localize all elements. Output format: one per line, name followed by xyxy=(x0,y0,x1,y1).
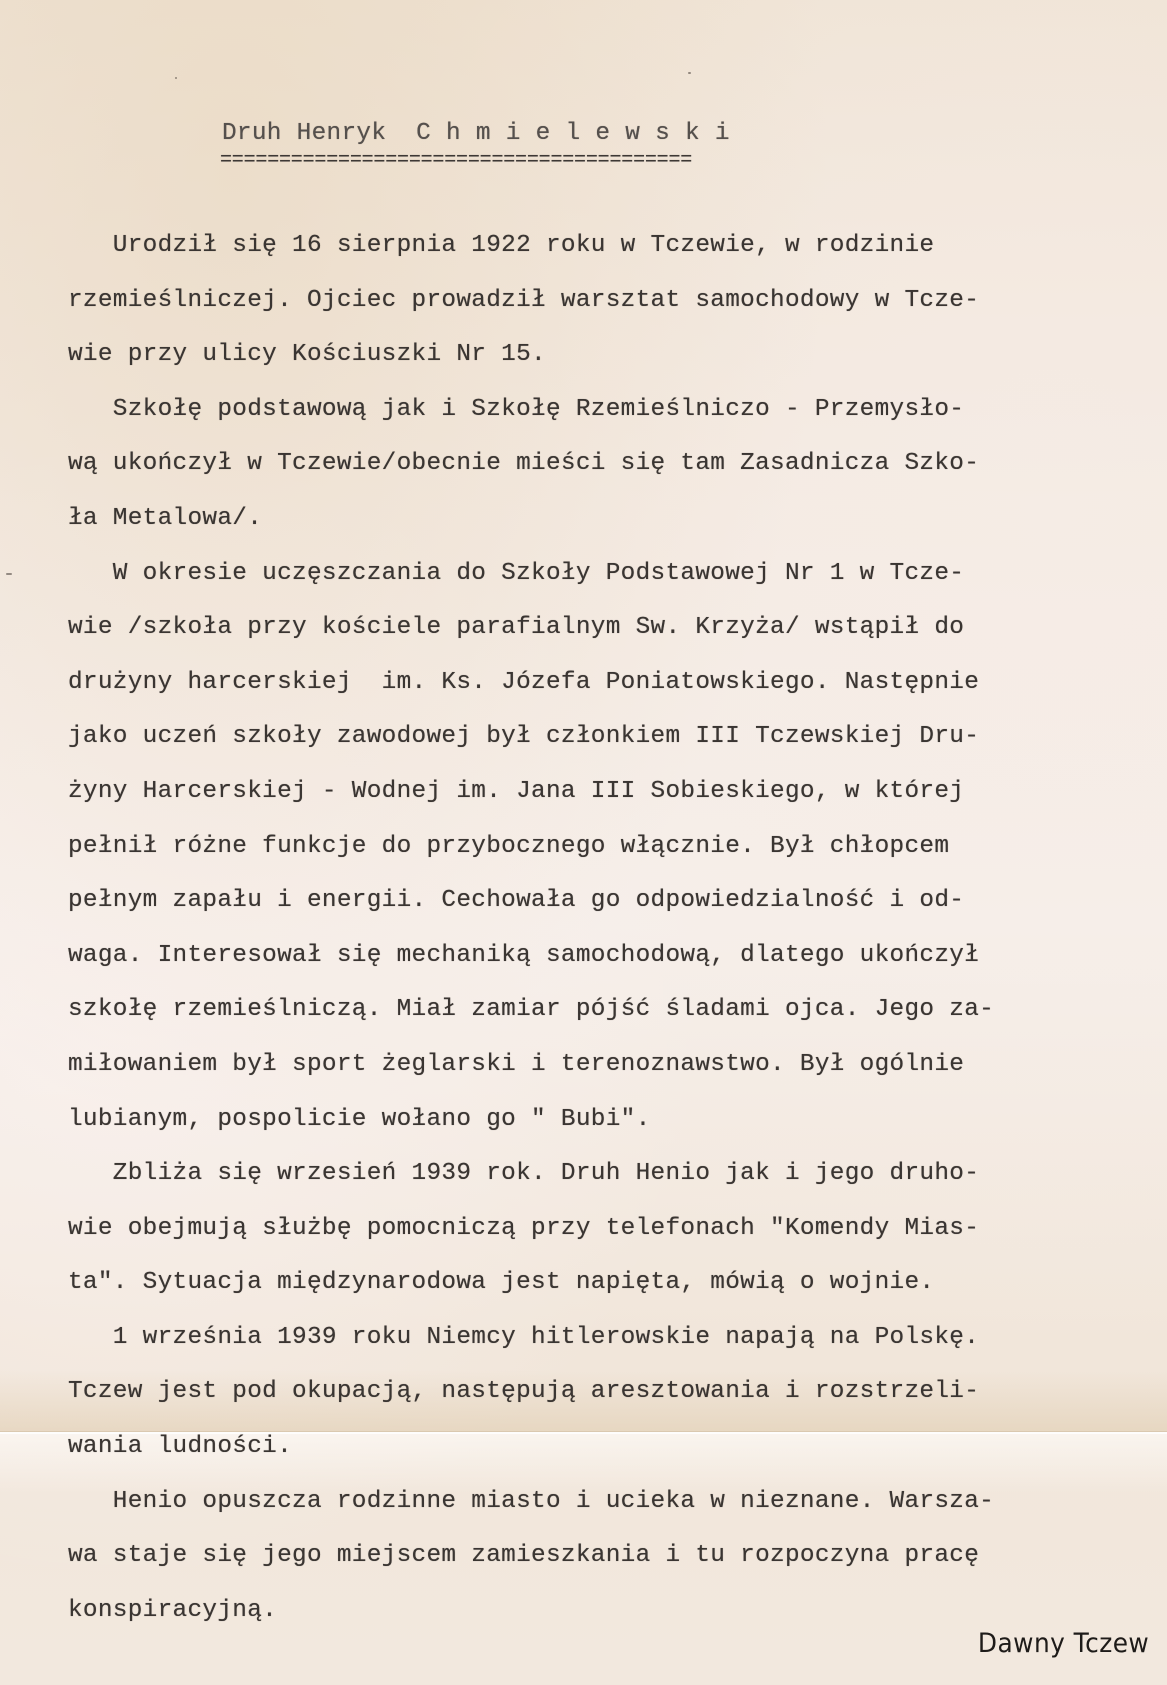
text-line: Zbliża się wrzesień 1939 rok. Druh Henio… xyxy=(68,1156,1128,1211)
text-line: pełnym zapału i energii. Cechowała go od… xyxy=(68,883,1128,938)
watermark-dawny-tczew: Dawny Tczew xyxy=(978,1628,1149,1659)
text-line: W okresie uczęszczania do Szkoły Podstaw… xyxy=(68,556,1128,611)
text-line: miłowaniem był sport żeglarski i terenoz… xyxy=(68,1047,1128,1102)
text-line: jako uczeń szkoły zawodowej był członkie… xyxy=(68,719,1128,774)
text-line: wania ludności. xyxy=(68,1429,1128,1484)
text-line: Urodził się 16 sierpnia 1922 roku w Tcze… xyxy=(68,228,1128,283)
text-line: ła Metalowa/. xyxy=(68,501,1128,556)
text-line: drużyny harcerskiej im. Ks. Józefa Ponia… xyxy=(68,665,1128,720)
document-title: Druh Henryk C h m i e l e w s k i xyxy=(222,120,730,147)
ink-speck xyxy=(175,77,177,79)
text-line: wie obejmują służbę pomocniczą przy tele… xyxy=(68,1211,1128,1266)
ink-speck xyxy=(6,573,12,575)
ink-speck xyxy=(688,72,691,74)
text-line: ta". Sytuacja międzynarodowa jest napięt… xyxy=(68,1265,1128,1320)
text-line: konspiracyjną. xyxy=(68,1593,1128,1648)
text-line: 1 września 1939 roku Niemcy hitlerowskie… xyxy=(68,1320,1128,1375)
text-line: waga. Interesował się mechaniką samochod… xyxy=(68,938,1128,993)
text-line: szkołę rzemieślniczą. Miał zamiar pójść … xyxy=(68,992,1128,1047)
document-body: Urodził się 16 sierpnia 1922 roku w Tcze… xyxy=(68,228,1128,1647)
text-line: rzemieślniczej. Ojciec prowadził warszta… xyxy=(68,283,1128,338)
text-line: wie /szkoła przy kościele parafialnym Sw… xyxy=(68,610,1128,665)
text-line: wa staje się jego miejscem zamieszkania … xyxy=(68,1538,1128,1593)
text-line: wą ukończył w Tczewie/obecnie mieści się… xyxy=(68,446,1128,501)
text-line: żyny Harcerskiej - Wodnej im. Jana III S… xyxy=(68,774,1128,829)
text-line: wie przy ulicy Kościuszki Nr 15. xyxy=(68,337,1128,392)
text-line: Szkołę podstawową jak i Szkołę Rzemieśln… xyxy=(68,392,1128,447)
title-underline: ======================================== xyxy=(220,152,692,170)
text-line: lubianym, pospolicie wołano go " Bubi". xyxy=(68,1102,1128,1157)
text-line: Tczew jest pod okupacją, następują aresz… xyxy=(68,1374,1128,1429)
text-line: Henio opuszcza rodzinne miasto i ucieka … xyxy=(68,1484,1128,1539)
text-line: pełnił różne funkcje do przybocznego włą… xyxy=(68,829,1128,884)
